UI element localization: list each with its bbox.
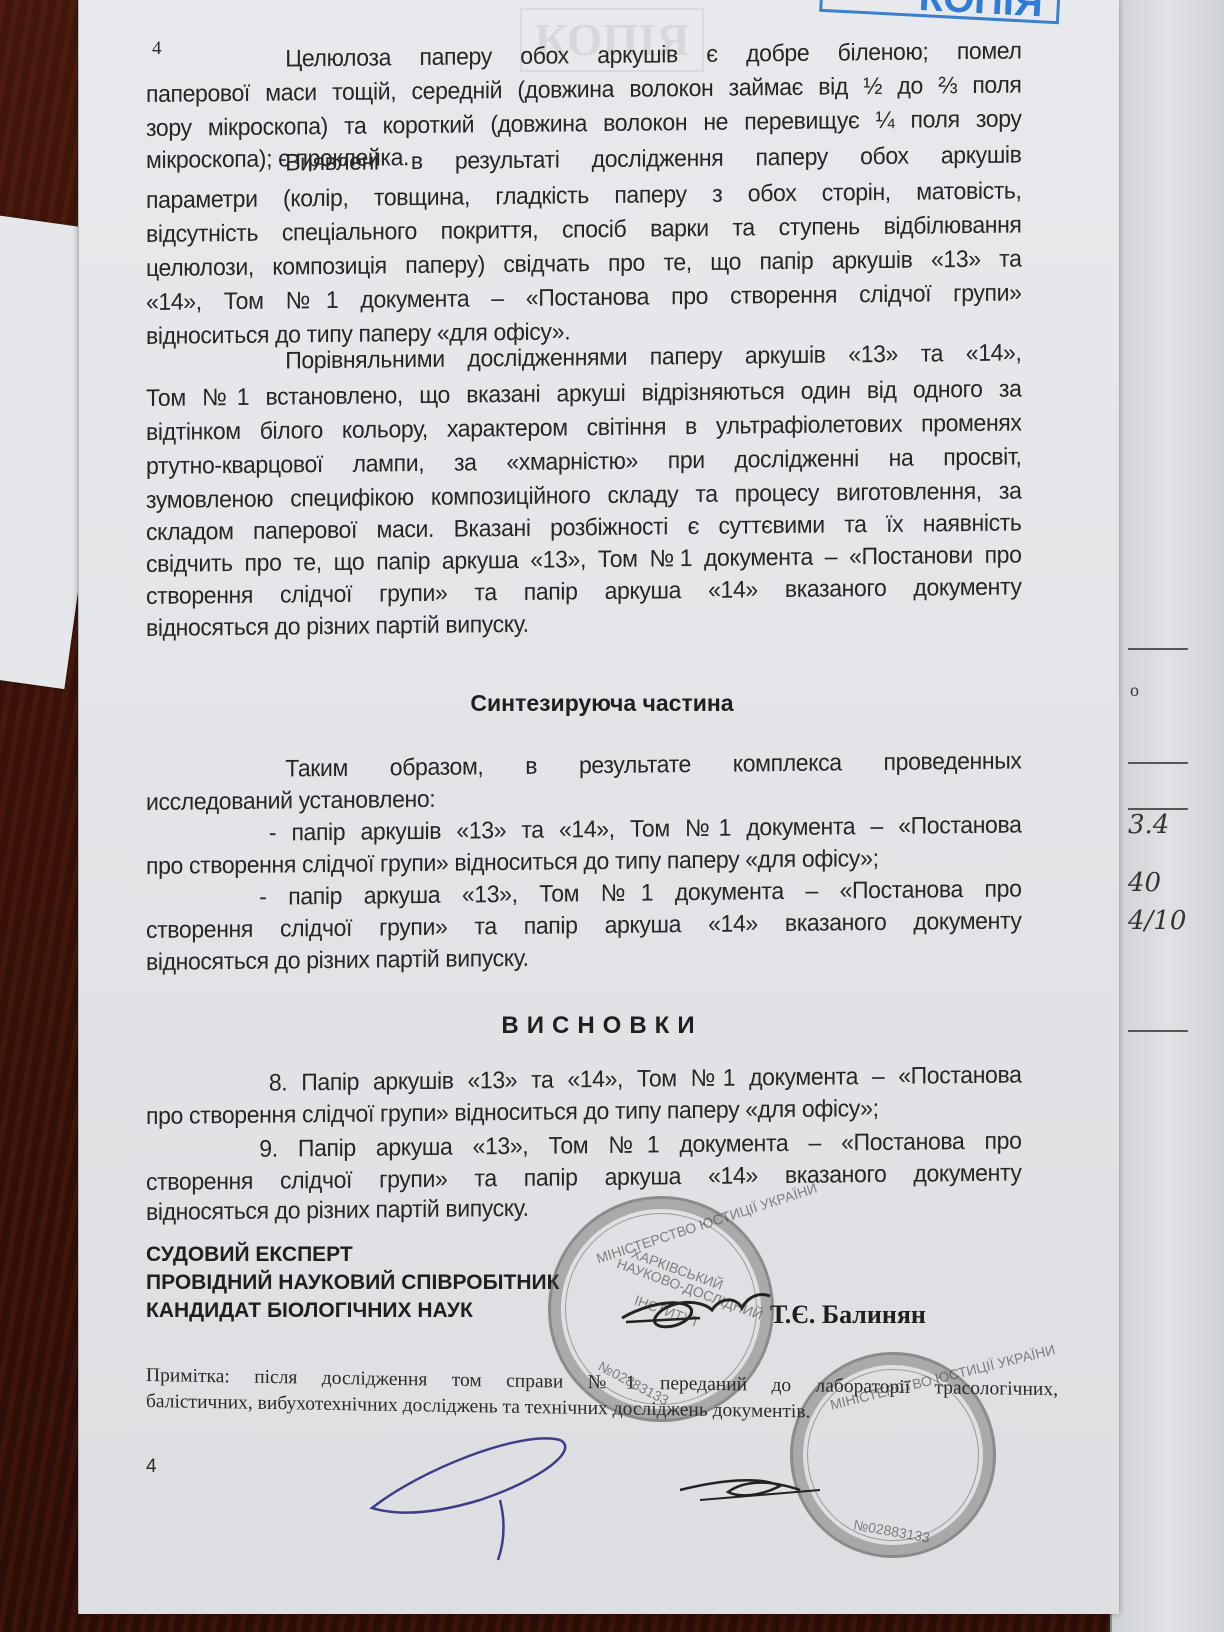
- page-number-bottom: 4: [146, 1456, 157, 1478]
